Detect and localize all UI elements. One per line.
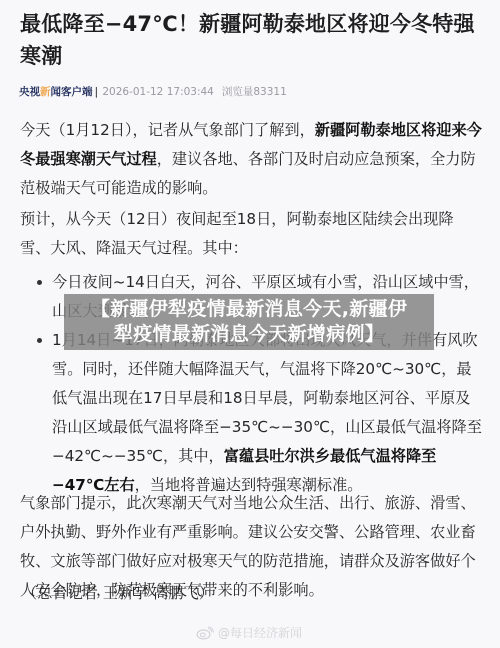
byline: （总台记者 王新宇 高鹏飞） (22, 579, 484, 608)
weibo-icon (196, 626, 214, 640)
source-accent: 新 (40, 86, 51, 98)
watermark: @每日经济新闻 (196, 624, 302, 641)
paragraph-forecast: 预计，从今天（12日）夜间起至18日，阿勒泰地区陆续会出现降雪、大风、降温天气过… (20, 205, 482, 263)
overlay-line-1: 【新疆伊犁疫情最新消息今天,新疆伊 (64, 297, 434, 322)
article-title: 最低降至−47℃！新疆阿勒泰地区将迎今冬特强寒潮 (20, 8, 480, 72)
view-count: 浏览量83311 (222, 86, 287, 98)
source-prefix: 央视 (19, 86, 40, 98)
bullet-item: 1月14日~17日，阿勒泰地区大部将出现大风天气，并伴有风吹雪。同时，还伴随大幅… (20, 326, 482, 500)
watermark-text: @每日经济新闻 (218, 624, 302, 641)
caption-overlay: 【新疆伊犁疫情最新消息今天,新疆伊 犁疫情最新消息今天新增病例】 (64, 294, 434, 350)
source-link[interactable]: 央视新闻客户端 (19, 86, 93, 98)
bullet-dot-icon (37, 280, 42, 285)
source-suffix: 闻客户端 (51, 86, 93, 98)
intro-text-start: 今天（1月12日），记者从气象部门了解到， (20, 121, 315, 139)
publish-datetime: 2026-01-12 17:03:44 (102, 86, 214, 98)
paragraph-intro: 今天（1月12日），记者从气象部门了解到，新疆阿勒泰地区将迎来今冬最强寒潮天气过… (20, 116, 482, 203)
bullet-dot-icon (37, 338, 42, 343)
bullet-text-start: 1月14日~17日，阿勒泰地区大部将出现大风天气，并伴有风吹雪。同时，还伴随大幅… (52, 331, 482, 465)
views-label: 浏览量 (222, 86, 254, 98)
article-meta: 央视新闻客户端|2026-01-12 17:03:44浏览量83311 (19, 85, 287, 99)
article-page: 最低降至−47℃！新疆阿勒泰地区将迎今冬特强寒潮 央视新闻客户端|2026-01… (0, 0, 500, 648)
meta-separator: | (95, 86, 99, 98)
views-number: 83311 (253, 86, 286, 98)
overlay-line-2: 犁疫情最新消息今天新增病例】 (64, 322, 434, 347)
